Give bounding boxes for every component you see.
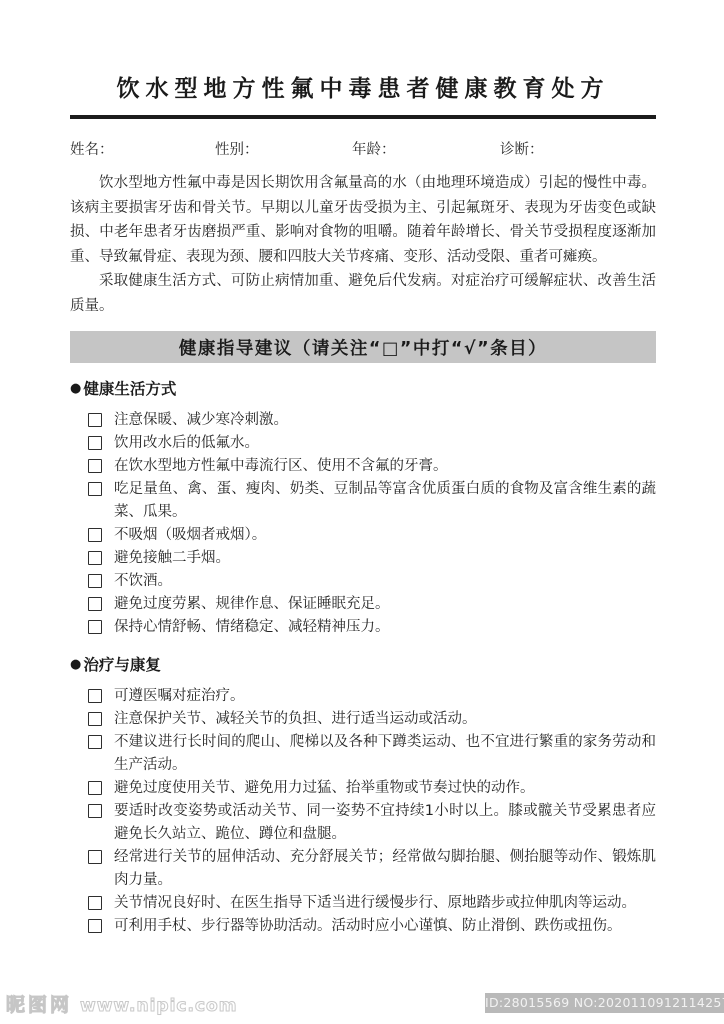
intro-paragraph-1: 饮水型地方性氟中毒是因长期饮用含氟量高的水（由地理环境造成）引起的慢性中毒。该病… <box>70 171 656 269</box>
checklist-item: 避免接触二手烟。 <box>88 547 656 570</box>
checklist-item-label: 保持心情舒畅、情绪稳定、减轻精神压力。 <box>114 616 656 639</box>
checklist-item-label: 可遵医嘱对症治疗。 <box>114 685 656 708</box>
checklist-item-label: 经常进行关节的屈伸活动、充分舒展关节；经常做勾脚抬腿、侧抬腿等动作、锻炼肌肉力量… <box>114 846 656 892</box>
checkbox[interactable] <box>88 459 102 473</box>
checkbox[interactable] <box>88 689 102 703</box>
checklist-item: 关节情况良好时、在医生指导下适当进行缓慢步行、原地踏步或拉伸肌肉等运动。 <box>88 892 656 915</box>
patient-info-row: 姓名： 性别： 年龄： 诊断： <box>70 138 656 159</box>
checkbox[interactable] <box>88 804 102 818</box>
age-field-label: 年龄： <box>352 138 500 159</box>
checkbox[interactable] <box>88 896 102 910</box>
checklist-item-label: 避免接触二手烟。 <box>114 547 656 570</box>
checklist-item-label: 关节情况良好时、在医生指导下适当进行缓慢步行、原地踏步或拉伸肌肉等运动。 <box>114 892 656 915</box>
checklist-item-label: 避免过度劳累、规律作息、保证睡眠充足。 <box>114 593 656 616</box>
checklist-item: 要适时改变姿势或活动关节、同一姿势不宜持续1小时以上。膝或髋关节受累患者应避免长… <box>88 800 656 846</box>
checkbox[interactable] <box>88 919 102 933</box>
checklist-item: 吃足量鱼、禽、蛋、瘦肉、奶类、豆制品等富含优质蛋白质的食物及富含维生素的蔬菜、瓜… <box>88 478 656 524</box>
checkbox[interactable] <box>88 850 102 864</box>
page-title: 饮水型地方性氟中毒患者健康教育处方 <box>70 74 656 104</box>
checklist-item: 不建议进行长时间的爬山、爬梯以及各种下蹲类运动、也不宜进行繁重的家务劳动和生产活… <box>88 731 656 777</box>
checklist-item: 不饮酒。 <box>88 570 656 593</box>
checklist-item: 注意保护关节、减轻关节的负担、进行适当运动或活动。 <box>88 708 656 731</box>
checkbox[interactable] <box>88 413 102 427</box>
checklist-item-label: 在饮水型地方性氟中毒流行区、使用不含氟的牙膏。 <box>114 455 656 478</box>
checkbox[interactable] <box>88 551 102 565</box>
diagnosis-field-label: 诊断： <box>500 138 656 159</box>
document-content: 饮水型地方性氟中毒患者健康教育处方 姓名： 性别： 年龄： 诊断： 饮水型地方性… <box>70 0 656 938</box>
checklist-item: 饮用改水后的低氟水。 <box>88 432 656 455</box>
intro-text: 饮水型地方性氟中毒是因长期饮用含氟量高的水（由地理环境造成）引起的慢性中毒。该病… <box>70 171 656 318</box>
checklist-item-label: 吃足量鱼、禽、蛋、瘦肉、奶类、豆制品等富含优质蛋白质的食物及富含维生素的蔬菜、瓜… <box>114 478 656 524</box>
checklist-item: 避免过度使用关节、避免用力过猛、抬举重物或节奏过快的动作。 <box>88 777 656 800</box>
checklist-item-label: 注意保暖、减少寒冷刺激。 <box>114 409 656 432</box>
checklist-item-label: 不吸烟（吸烟者戒烟）。 <box>114 524 656 547</box>
checkbox[interactable] <box>88 482 102 496</box>
section-heading: 治疗与康复 <box>83 654 161 676</box>
checklist-item: 可利用手杖、步行器等协助活动。活动时应小心谨慎、防止滑倒、跌伤或扭伤。 <box>88 915 656 938</box>
checkbox[interactable] <box>88 620 102 634</box>
document-page: 饮水型地方性氟中毒患者健康教育处方 姓名： 性别： 年龄： 诊断： 饮水型地方性… <box>0 0 724 1024</box>
checkbox[interactable] <box>88 735 102 749</box>
checklist-item: 可遵医嘱对症治疗。 <box>88 685 656 708</box>
checklist-item: 不吸烟（吸烟者戒烟）。 <box>88 524 656 547</box>
section-treatment-rehab: ● 治疗与康复 可遵医嘱对症治疗。 注意保护关节、减轻关节的负担、进行适当运动或… <box>70 654 656 938</box>
checkbox[interactable] <box>88 528 102 542</box>
checklist-item-label: 避免过度使用关节、避免用力过猛、抬举重物或节奏过快的动作。 <box>114 777 656 800</box>
image-id-badge: ID:28015569 NO:20201109121142574080 <box>485 993 724 1013</box>
checklist-item: 经常进行关节的屈伸活动、充分舒展关节；经常做勾脚抬腿、侧抬腿等动作、锻炼肌肉力量… <box>88 846 656 892</box>
nipic-url: www.nipic.com <box>80 996 237 1016</box>
checkbox[interactable] <box>88 436 102 450</box>
intro-paragraph-2: 采取健康生活方式、可防止病情加重、避免后代发病。对症治疗可缓解症状、改善生活质量… <box>70 269 656 318</box>
gender-field-label: 性别： <box>215 138 352 159</box>
title-divider <box>70 115 656 119</box>
section-healthy-lifestyle: ● 健康生活方式 注意保暖、减少寒冷刺激。 饮用改水后的低氟水。 在饮水型地方性… <box>70 378 656 639</box>
checklist-item-label: 不饮酒。 <box>114 570 656 593</box>
checkbox[interactable] <box>88 781 102 795</box>
checklist: 可遵医嘱对症治疗。 注意保护关节、减轻关节的负担、进行适当运动或活动。 不建议进… <box>70 685 656 938</box>
checkbox[interactable] <box>88 574 102 588</box>
section-heading-row: ● 治疗与康复 <box>70 654 656 676</box>
checkbox[interactable] <box>88 597 102 611</box>
name-field-label: 姓名： <box>70 138 215 159</box>
checklist-item: 在饮水型地方性氟中毒流行区、使用不含氟的牙膏。 <box>88 455 656 478</box>
checklist-item-label: 饮用改水后的低氟水。 <box>114 432 656 455</box>
guidance-banner: 健康指导建议（请关注“□”中打“√”条目） <box>70 331 656 363</box>
bullet-icon: ● <box>70 654 81 676</box>
checklist-item-label: 注意保护关节、减轻关节的负担、进行适当运动或活动。 <box>114 708 656 731</box>
checklist-item-label: 要适时改变姿势或活动关节、同一姿势不宜持续1小时以上。膝或髋关节受累患者应避免长… <box>114 800 656 846</box>
nipic-logo: 昵图网 <box>6 990 72 1017</box>
checklist-item: 保持心情舒畅、情绪稳定、减轻精神压力。 <box>88 616 656 639</box>
checklist-item-label: 不建议进行长时间的爬山、爬梯以及各种下蹲类运动、也不宜进行繁重的家务劳动和生产活… <box>114 731 656 777</box>
nipic-watermark: 昵图网 www.nipic.com <box>6 990 237 1017</box>
checklist: 注意保暖、减少寒冷刺激。 饮用改水后的低氟水。 在饮水型地方性氟中毒流行区、使用… <box>70 409 656 639</box>
checklist-item: 注意保暖、减少寒冷刺激。 <box>88 409 656 432</box>
checkbox[interactable] <box>88 712 102 726</box>
checklist-item: 避免过度劳累、规律作息、保证睡眠充足。 <box>88 593 656 616</box>
section-heading: 健康生活方式 <box>83 378 176 400</box>
checklist-item-label: 可利用手杖、步行器等协助活动。活动时应小心谨慎、防止滑倒、跌伤或扭伤。 <box>114 915 656 938</box>
bullet-icon: ● <box>70 378 81 400</box>
section-heading-row: ● 健康生活方式 <box>70 378 656 400</box>
